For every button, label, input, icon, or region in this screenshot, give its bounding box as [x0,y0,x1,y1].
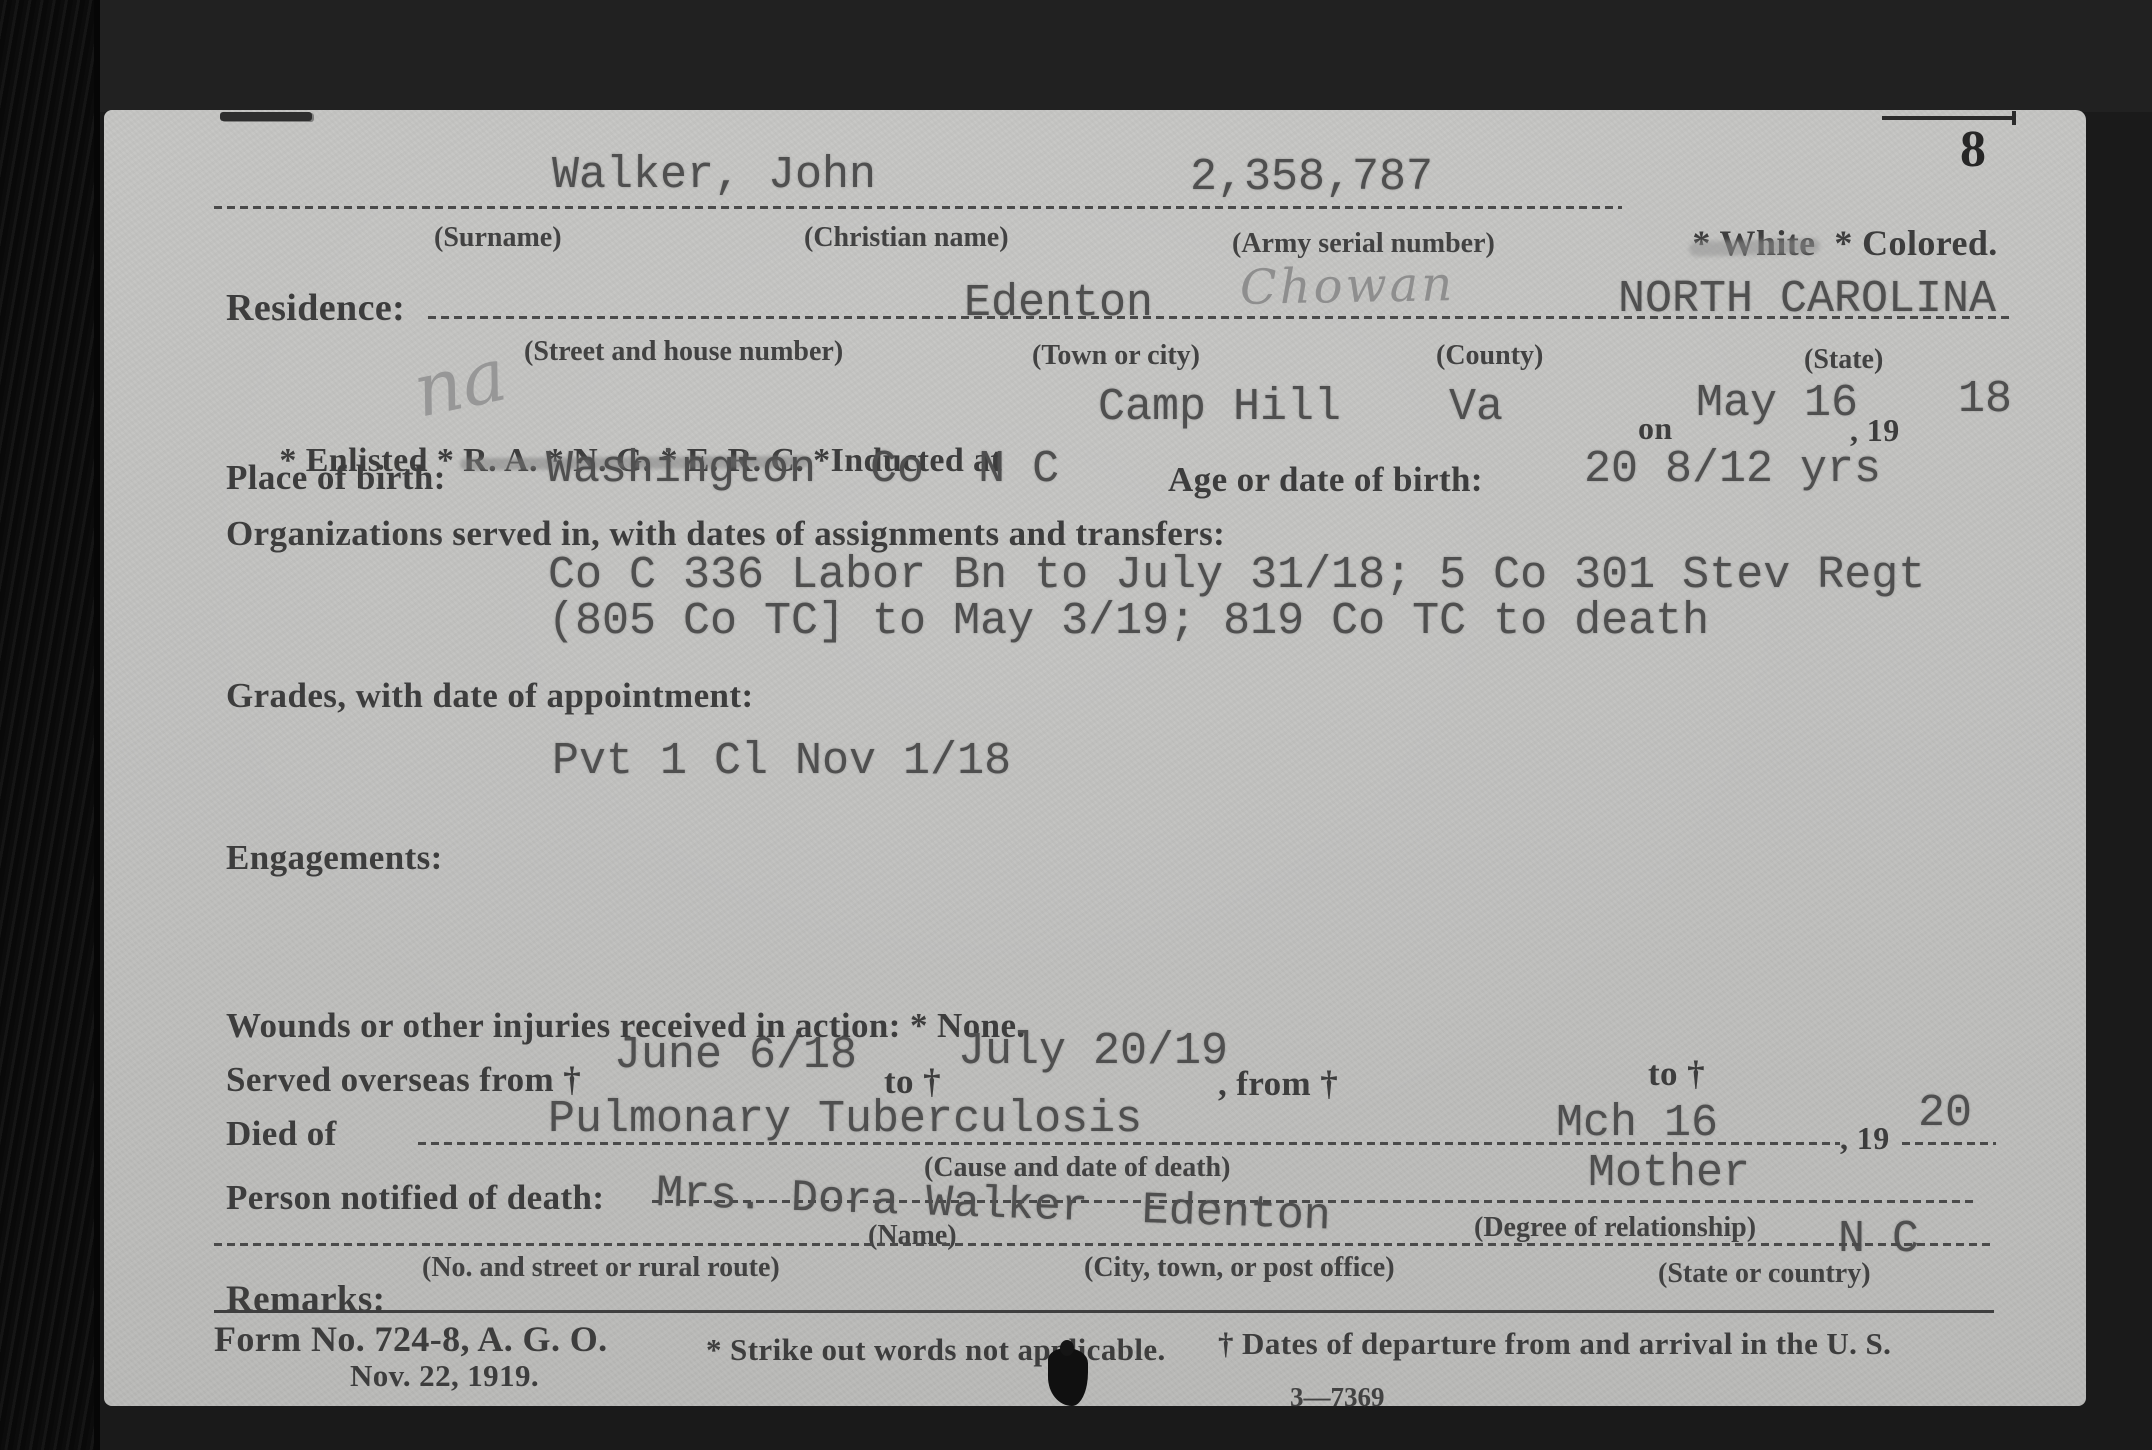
relationship-caption: (Degree of relationship) [1474,1212,1756,1244]
death-cause-line [418,1142,1840,1145]
name-value: Walker, John [552,150,876,201]
overseas-label: Served overseas from † [226,1060,581,1100]
page-number: 8 [1960,120,1986,179]
surname-caption: (Surname) [434,222,562,254]
ink-blot-mark [1048,1348,1088,1406]
departure-dates-note: † Dates of departure from and arrival in… [1218,1326,1891,1362]
death-year-line [1902,1142,1996,1145]
name-caption: (Name) [868,1220,957,1252]
scan-left-edge [0,0,100,1450]
form-number: Form No. 724-8, A. G. O. [214,1318,608,1360]
residence-label: Residence: [226,286,405,330]
street-caption: (Street and house number) [524,336,843,368]
grades-value: Pvt 1 Cl Nov 1/18 [552,736,1011,787]
organizations-line2: (805 Co TC] to May 3/19; 819 Co TC to de… [548,596,1709,647]
death-cause-value: Pulmonary Tuberculosis [548,1094,1142,1145]
overseas-from1-value: June 6/18 [614,1030,857,1081]
residence-state-value: NORTH CAROLINA [1618,274,1996,325]
overseas-from2-label: , from † [1218,1064,1338,1104]
serial-number-value: 2,358,787 [1190,152,1433,203]
induction-place-value: Camp Hill Va [1098,382,1503,433]
organizations-line1: Co C 336 Labor Bn to July 31/18; 5 Co 30… [548,550,1925,601]
service-record-card: 8 Walker, John 2,358,787 * White * Color… [104,110,2086,1406]
enlistment-date-value: May 16 [1696,378,1858,429]
birthplace-label: Place of birth: [226,458,446,498]
died-of-label: Died of [226,1114,337,1154]
page-number-overline [1882,116,2014,120]
relationship-value: Mother [1588,1148,1750,1199]
name-line [214,206,1622,209]
scanned-document-background: 8 Walker, John 2,358,787 * White * Color… [0,0,2152,1450]
overseas-to1-value: July 20/19 [958,1026,1228,1077]
notified-label: Person notified of death: [226,1178,604,1218]
state-caption: (State) [1804,344,1883,376]
organizations-label: Organizations served in, with dates of a… [226,514,1225,554]
death-year-value: 20 [1918,1088,1972,1139]
age-value: 20 8/12 yrs [1584,444,1881,495]
christian-name-caption: (Christian name) [804,222,1009,254]
strike-out-note: * Strike out words not applicable. [706,1332,1166,1368]
city-caption: (City, town, or post office) [1084,1252,1395,1284]
form-date: Nov. 22, 1919. [350,1358,539,1394]
state-country-caption: (State or country) [1658,1258,1871,1290]
on-label: on [1638,410,1673,447]
county-caption: (County) [1436,340,1543,372]
serial-caption: (Army serial number) [1232,228,1495,260]
age-label: Age or date of birth: [1168,460,1483,500]
engagements-label: Engagements: [226,838,443,878]
print-code: 3—7369 [1290,1382,1385,1413]
colored-option: * Colored. [1834,223,1997,263]
birthplace-value: Washington Co N C [546,444,1059,495]
top-edge-ink-mark [220,112,312,121]
residence-county-value: Chowan [1240,256,1456,316]
notified-address-line [214,1243,1992,1246]
remarks-label: Remarks: [226,1278,385,1321]
enlistment-year-value: 18 [1958,374,2012,425]
town-caption: (Town or city) [1032,340,1200,372]
residence-town-value: Edenton [964,278,1153,329]
white-option-struck: * White [1692,222,1815,264]
death-year-prefix: , 19 [1840,1120,1890,1157]
scan-top-shadow [94,0,2152,112]
footer-divider [214,1310,1994,1313]
street-route-caption: (No. and street or rural route) [422,1252,780,1284]
grades-label: Grades, with date of appointment: [226,676,754,716]
overseas-to2-label: to † [1648,1054,1705,1094]
